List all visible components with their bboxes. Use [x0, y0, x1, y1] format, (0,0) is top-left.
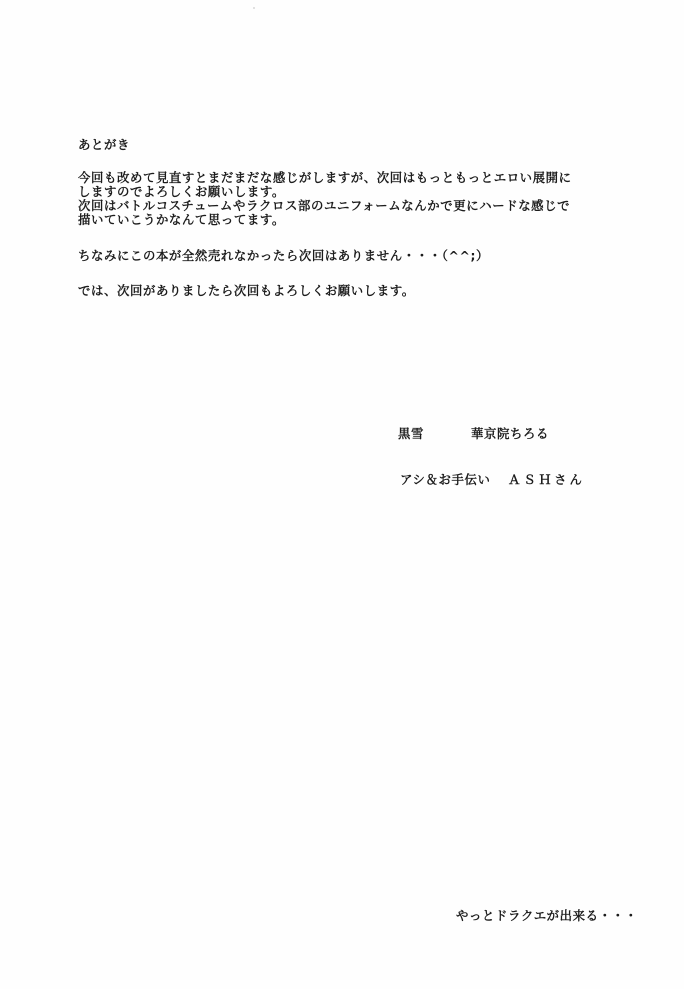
- credit-role-author: 黒雪: [398, 427, 424, 441]
- afterword-heading: あとがき: [78, 138, 130, 152]
- credit-name-author: 華京院ちろる: [471, 427, 549, 441]
- paragraph-2: ちなみにこの本が全然売れなかったら次回はありません・・・（^^;）: [78, 249, 489, 263]
- footer-note: やっとドラクエが出来る・・・: [456, 909, 638, 923]
- paragraph-1: 今回も改めて見直すとまだまだな感じがしますが、次回はもっともっとエロい展開に し…: [78, 171, 572, 227]
- paragraph-1-line-2: しますのでよろしくお願いします。: [78, 185, 572, 199]
- scan-speck: [253, 7, 255, 9]
- document-page: あとがき 今回も改めて見直すとまだまだな感じがしますが、次回はもっともっとエロい…: [0, 0, 684, 989]
- paragraph-1-line-4: 描いていこうかなんて思ってます。: [78, 213, 572, 227]
- credit-role-assistant: アシ＆お手伝い: [400, 473, 490, 487]
- credit-name-assistant: ＡＳＨさん: [508, 473, 585, 487]
- paragraph-1-line-3: 次回はバトルコスチュームやラクロス部のユニフォームなんかで更にハードな感じで: [78, 199, 572, 213]
- paragraph-3: では、次回がありましたら次回もよろしくお願いします。: [78, 284, 415, 298]
- paragraph-1-line-1: 今回も改めて見直すとまだまだな感じがしますが、次回はもっともっとエロい展開に: [78, 171, 572, 185]
